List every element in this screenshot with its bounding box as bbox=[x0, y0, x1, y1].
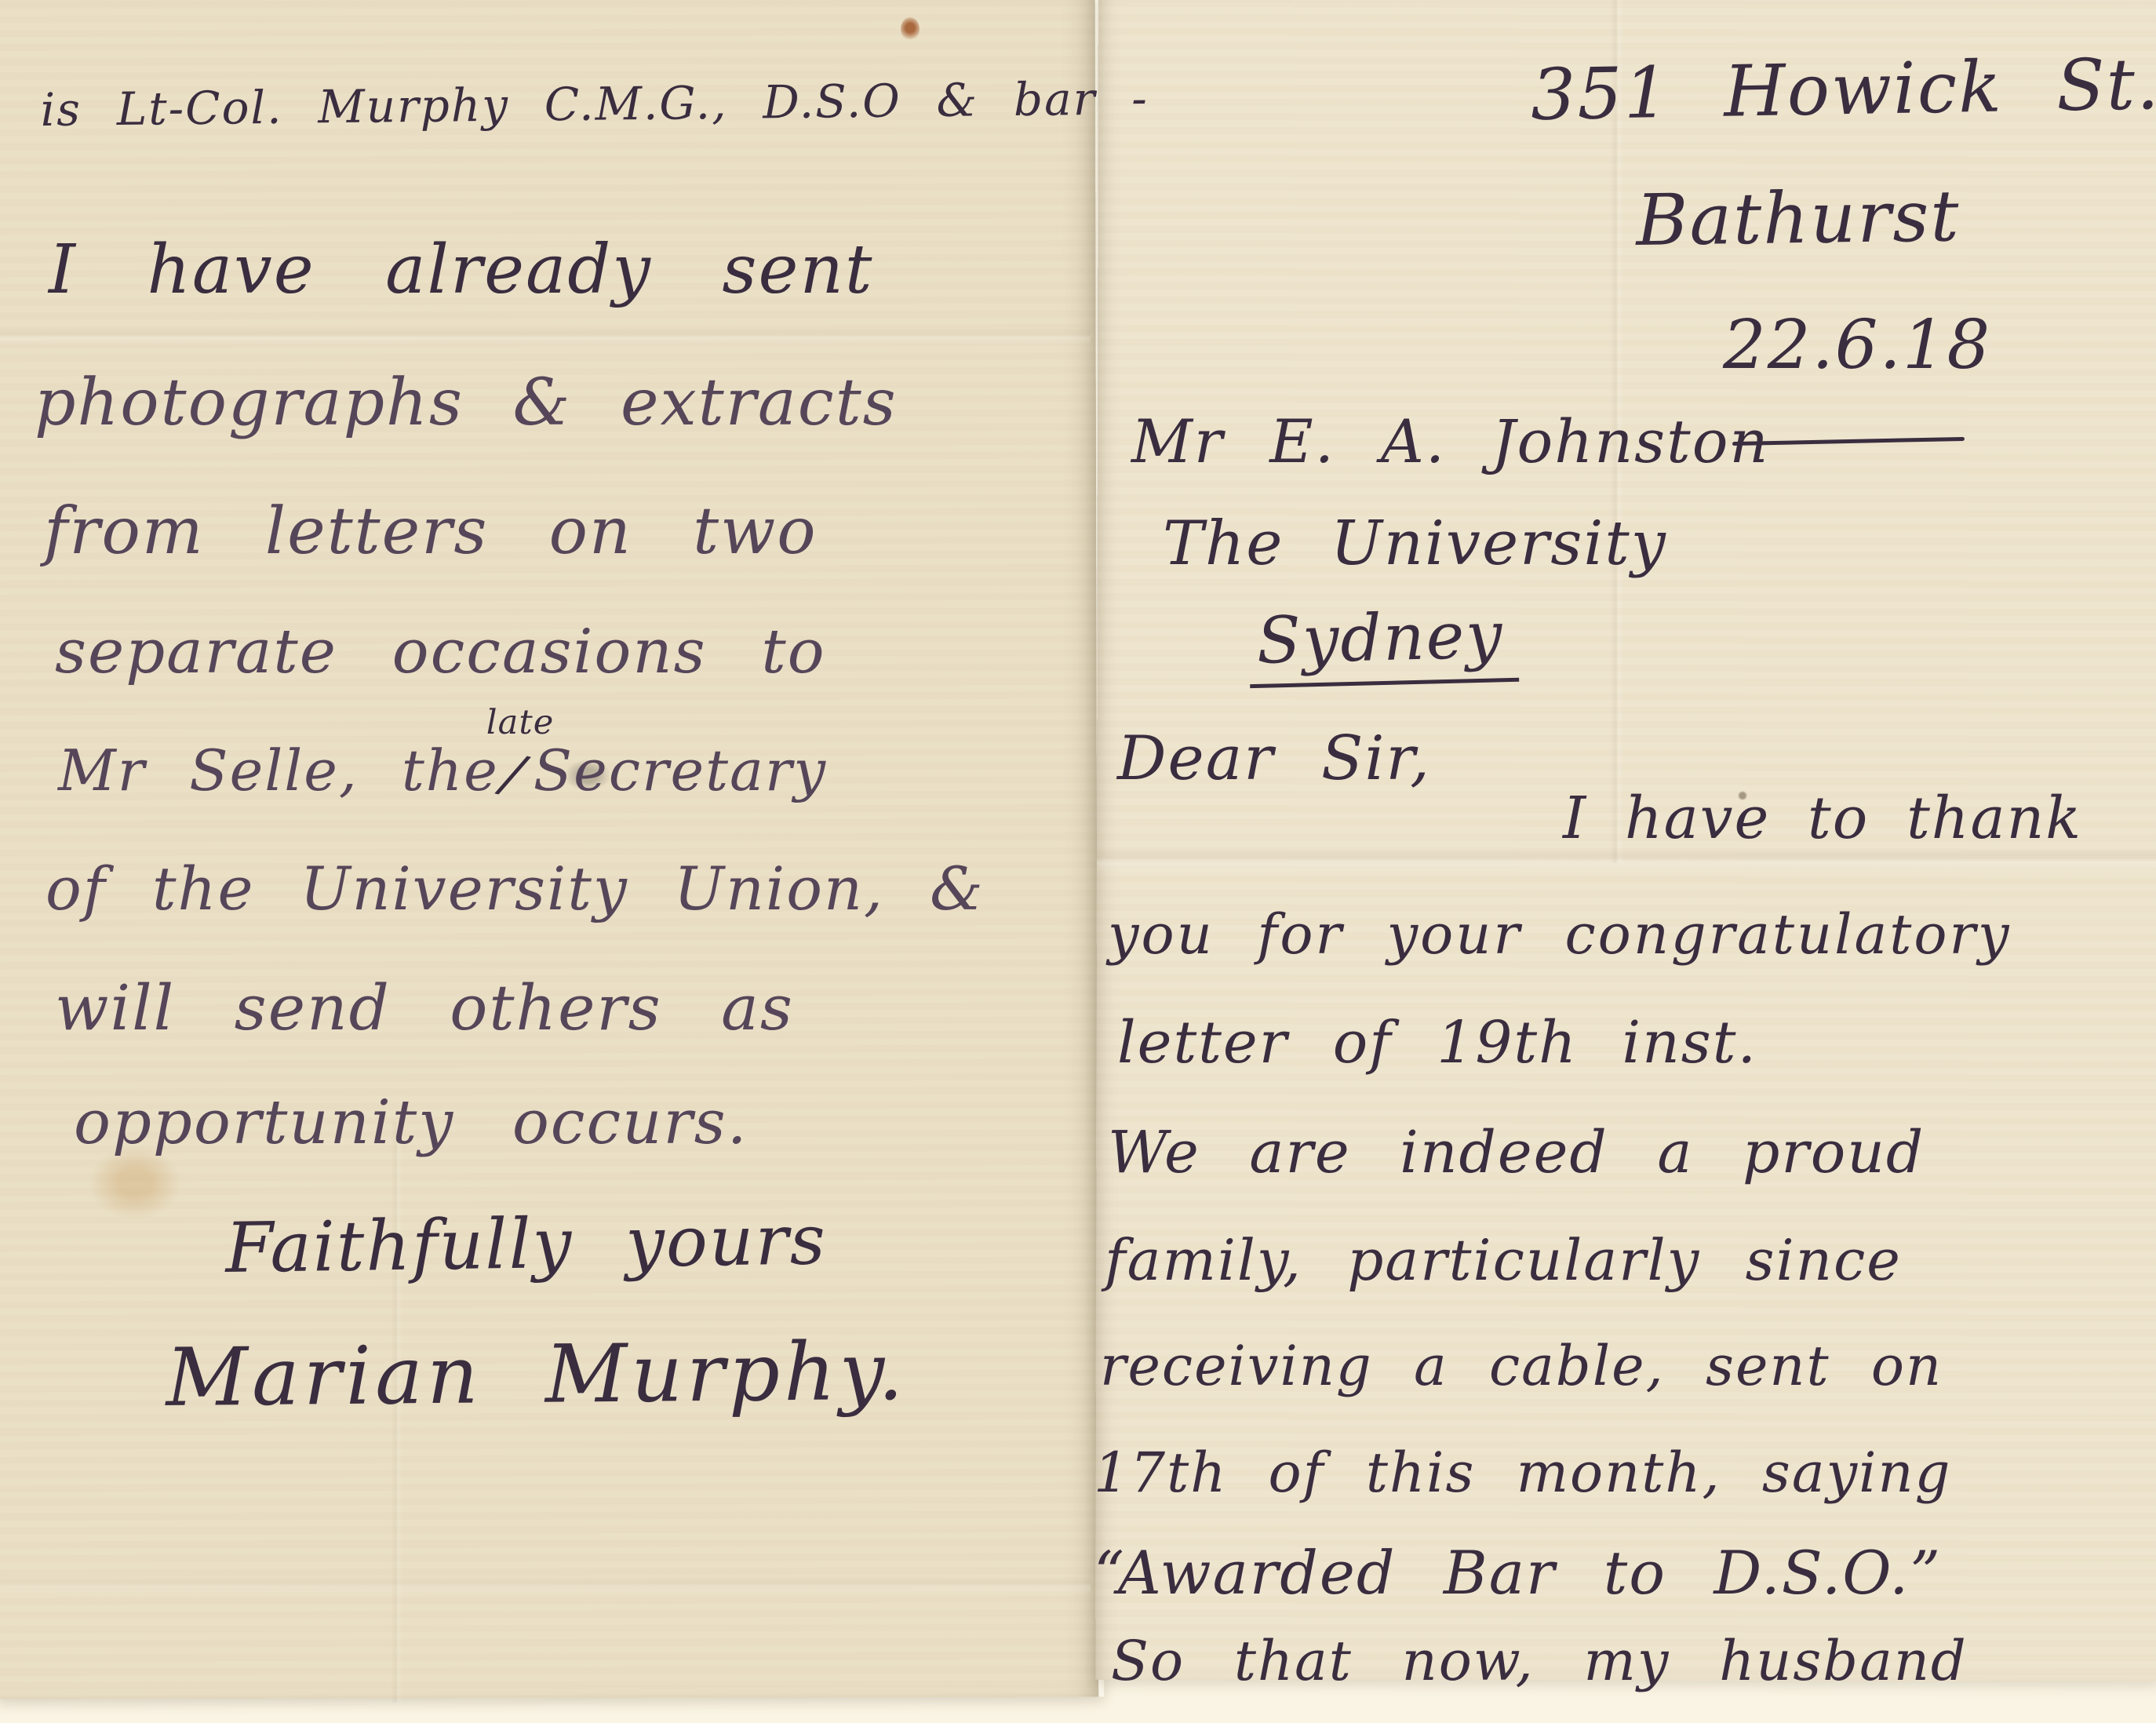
left-line-9: opportunity occurs. bbox=[74, 1089, 748, 1157]
body-line-3: letter of 19th inst. bbox=[1117, 1011, 1757, 1076]
sender-address-city: Bathurst bbox=[1636, 177, 1961, 261]
inserted-word: late bbox=[486, 704, 554, 741]
signature: Marian Murphy. bbox=[166, 1328, 908, 1423]
body-line-2: you for your congratulatory bbox=[1108, 904, 2012, 965]
recipient-name: Mr E. A. Johnston bbox=[1131, 408, 1769, 475]
sender-address-street: 351 Howick St. bbox=[1530, 46, 2156, 136]
caret-icon: / bbox=[497, 744, 530, 807]
left-line-5: separate occasions to bbox=[55, 618, 826, 687]
left-line-7: of the University Union, & bbox=[46, 855, 985, 922]
selle-post: Secretary bbox=[534, 738, 827, 803]
body-line-8-cable-quote: “Awarded Bar to D.S.O.” bbox=[1094, 1539, 1942, 1606]
letter-scan: is Lt-Col. Murphy C.M.G., D.S.O & bar - … bbox=[0, 0, 2156, 1723]
recipient-city-underlined: Sydney bbox=[1248, 599, 1519, 688]
salutation: Dear Sir, bbox=[1117, 725, 1431, 793]
left-line-2: I have already sent bbox=[49, 232, 873, 308]
left-line-1: is Lt-Col. Murphy C.M.G., D.S.O & bar - bbox=[40, 73, 1149, 136]
recipient-city: Sydney bbox=[1249, 603, 1518, 685]
recipient-org: The University bbox=[1163, 510, 1667, 578]
left-line-4: from letters on two bbox=[44, 496, 818, 568]
left-line-6-selle: Mr Selle, the/lateSecretary bbox=[58, 739, 827, 803]
body-line-5: family, particularly since bbox=[1105, 1229, 1902, 1292]
closing: Faithfully yours bbox=[225, 1201, 828, 1287]
selle-pre: Mr Selle, the bbox=[58, 738, 499, 803]
body-line-4: We are indeed a proud bbox=[1108, 1120, 1925, 1186]
body-line-1: I have to thank bbox=[1563, 786, 2082, 851]
body-line-7: 17th of this month, saying bbox=[1094, 1442, 1951, 1503]
left-line-3: photographs & extracts bbox=[35, 367, 898, 439]
left-line-8: will send others as bbox=[55, 973, 794, 1044]
letter-date: 22.6.18 bbox=[1723, 308, 1991, 383]
body-line-6: receiving a cable, sent on bbox=[1100, 1335, 1943, 1397]
body-line-9: So that now, my husband bbox=[1111, 1630, 1968, 1692]
